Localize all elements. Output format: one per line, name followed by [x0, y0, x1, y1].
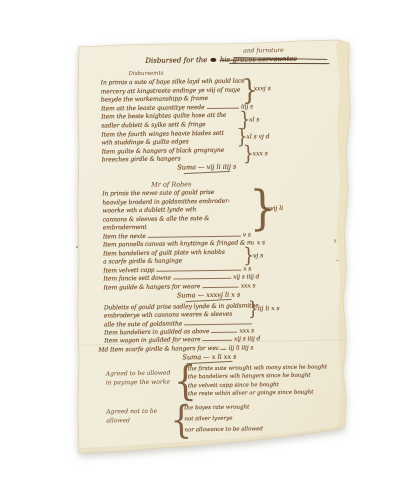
ink-blot [211, 58, 217, 62]
entry-amount: xij s iiij d [233, 273, 259, 280]
entry-text: Item guilte & hangers of black grograyne [102, 147, 225, 156]
agreed-item: the velvett capp since he bought [188, 382, 279, 389]
entry-text: Item velvett capp [103, 266, 154, 274]
dash-filler [221, 348, 227, 349]
entry-text: In primis a sute of baye silke layd wth … [101, 77, 245, 86]
agreed-label: Agreed not to be [106, 408, 157, 416]
entry-text: sadler dublett & sylke sett & fringe [101, 121, 206, 129]
entry-text: Item bandeliers of guilt plate wth knobb… [103, 248, 225, 257]
sum-line: Suma — vij li iiij s [127, 162, 287, 174]
entry-text: woorke wth a dublett lynde wth [102, 206, 196, 214]
agreed-item: not silver lyverye [184, 416, 232, 423]
dash-filler [173, 278, 231, 280]
entry-text: embroderye wth cannons weares & sleeves [104, 311, 232, 320]
entry-text: mercery att kingstreete endinge ye viij … [101, 86, 241, 95]
entry-text: Item the fourth winges heavie blades set… [101, 129, 224, 138]
sum-line: Suma — xxxvj li x s [129, 289, 289, 301]
agreed-item: nor allowance to be allowed [184, 426, 262, 433]
entry-line: Item the nextev s [103, 231, 251, 240]
entry-text: Item wagon in guilded for weare [104, 336, 201, 344]
entry-amount: xxx s [239, 327, 254, 334]
brace-amount: xxvij li [263, 205, 283, 212]
heading-insertion: and furniture [243, 47, 284, 55]
dash-filler [184, 323, 252, 325]
agreed-label: Agreed to be allowed [106, 370, 171, 378]
brace-amount: xxvj s [254, 85, 271, 92]
entry-line: Item velvett cappx s [103, 265, 251, 274]
dash-filler [211, 332, 237, 333]
brace-amount: vj s [253, 252, 263, 259]
entry-text: a scarfe girdle & hanginge [103, 257, 182, 265]
entry-text: Item att the leaste quantitye neede [101, 104, 205, 112]
agreed-item: the reste wthin silver or goinge since b… [188, 389, 314, 397]
entry-text: Item pannells canvas wth knyttinge & fri… [103, 239, 254, 248]
entry-text: Item the nexte [103, 232, 146, 240]
agreed-item: the boyes rate wrought [184, 404, 249, 411]
dash-filler [202, 286, 239, 288]
entry-text: Item the beste knightes quilte hose att … [101, 112, 226, 121]
entry-text: alle the sute of goldsmithe [104, 320, 182, 328]
entry-text: Item fancie sett downe [103, 275, 171, 283]
entry-amount: x s [257, 239, 265, 246]
dash-filler [207, 107, 239, 108]
margin-mark: x [334, 238, 337, 244]
entry-text: besyde the workemanshipp & frame [101, 95, 208, 103]
entry-amount: iij li iiij s [229, 344, 254, 351]
manuscript-photo: and furniture Disbursed for the his grac… [0, 0, 416, 489]
strikethrough-line [229, 63, 329, 64]
section-header: Mr of Robes [151, 180, 191, 189]
brace-amount: xl s [249, 116, 259, 123]
agreed-item: the firste sute wrought wth mony since h… [188, 364, 327, 372]
entry-text: embroderment [103, 224, 147, 232]
entry-line: Item att the leaste quantitye needeiiij … [101, 103, 253, 112]
entry-text: wth studdinge & guilte edges [101, 138, 188, 146]
sum-text: Suma — xxxvj li x s [177, 290, 240, 299]
agreed-label: allowed [106, 417, 130, 424]
sum-flourish [184, 171, 230, 174]
dash-filler [203, 340, 232, 341]
dash-filler [148, 235, 241, 237]
agreed-label: in payinge the worke [106, 378, 170, 386]
title-text: Disbursed for the [145, 56, 207, 65]
entry-amount: xij s iiij d [234, 335, 260, 342]
entry-amount: xxx s [241, 282, 256, 289]
handwriting-layer: and furniture Disbursed for the his grac… [0, 0, 416, 489]
sum-line: Suma — x li xx s [129, 351, 289, 363]
intro-label: Disbursemts [128, 71, 163, 77]
entry-line: Item fancie sett downexij s iiij d [103, 273, 259, 282]
entry-text: In primis the newe sute of gould prise [102, 189, 214, 198]
entry-text: Item guilde & hangers for weare [103, 283, 200, 291]
entry-text: heavilye broderd in goldsmithes embroder… [102, 197, 230, 206]
agreed-item: the bandeliers wth hangers since he boug… [188, 373, 311, 381]
brace-amount: iij li x s [258, 305, 280, 312]
entry-text: Item bandeliers in guilded as above [104, 328, 209, 336]
dash-filler [157, 269, 242, 271]
brace-amount: xl s vj d [246, 133, 269, 140]
margin-mark: ~ [335, 258, 339, 264]
entry-text: cannons & sleeves & alle the sute & [103, 215, 210, 223]
brace-amount: xxx s [253, 150, 268, 157]
